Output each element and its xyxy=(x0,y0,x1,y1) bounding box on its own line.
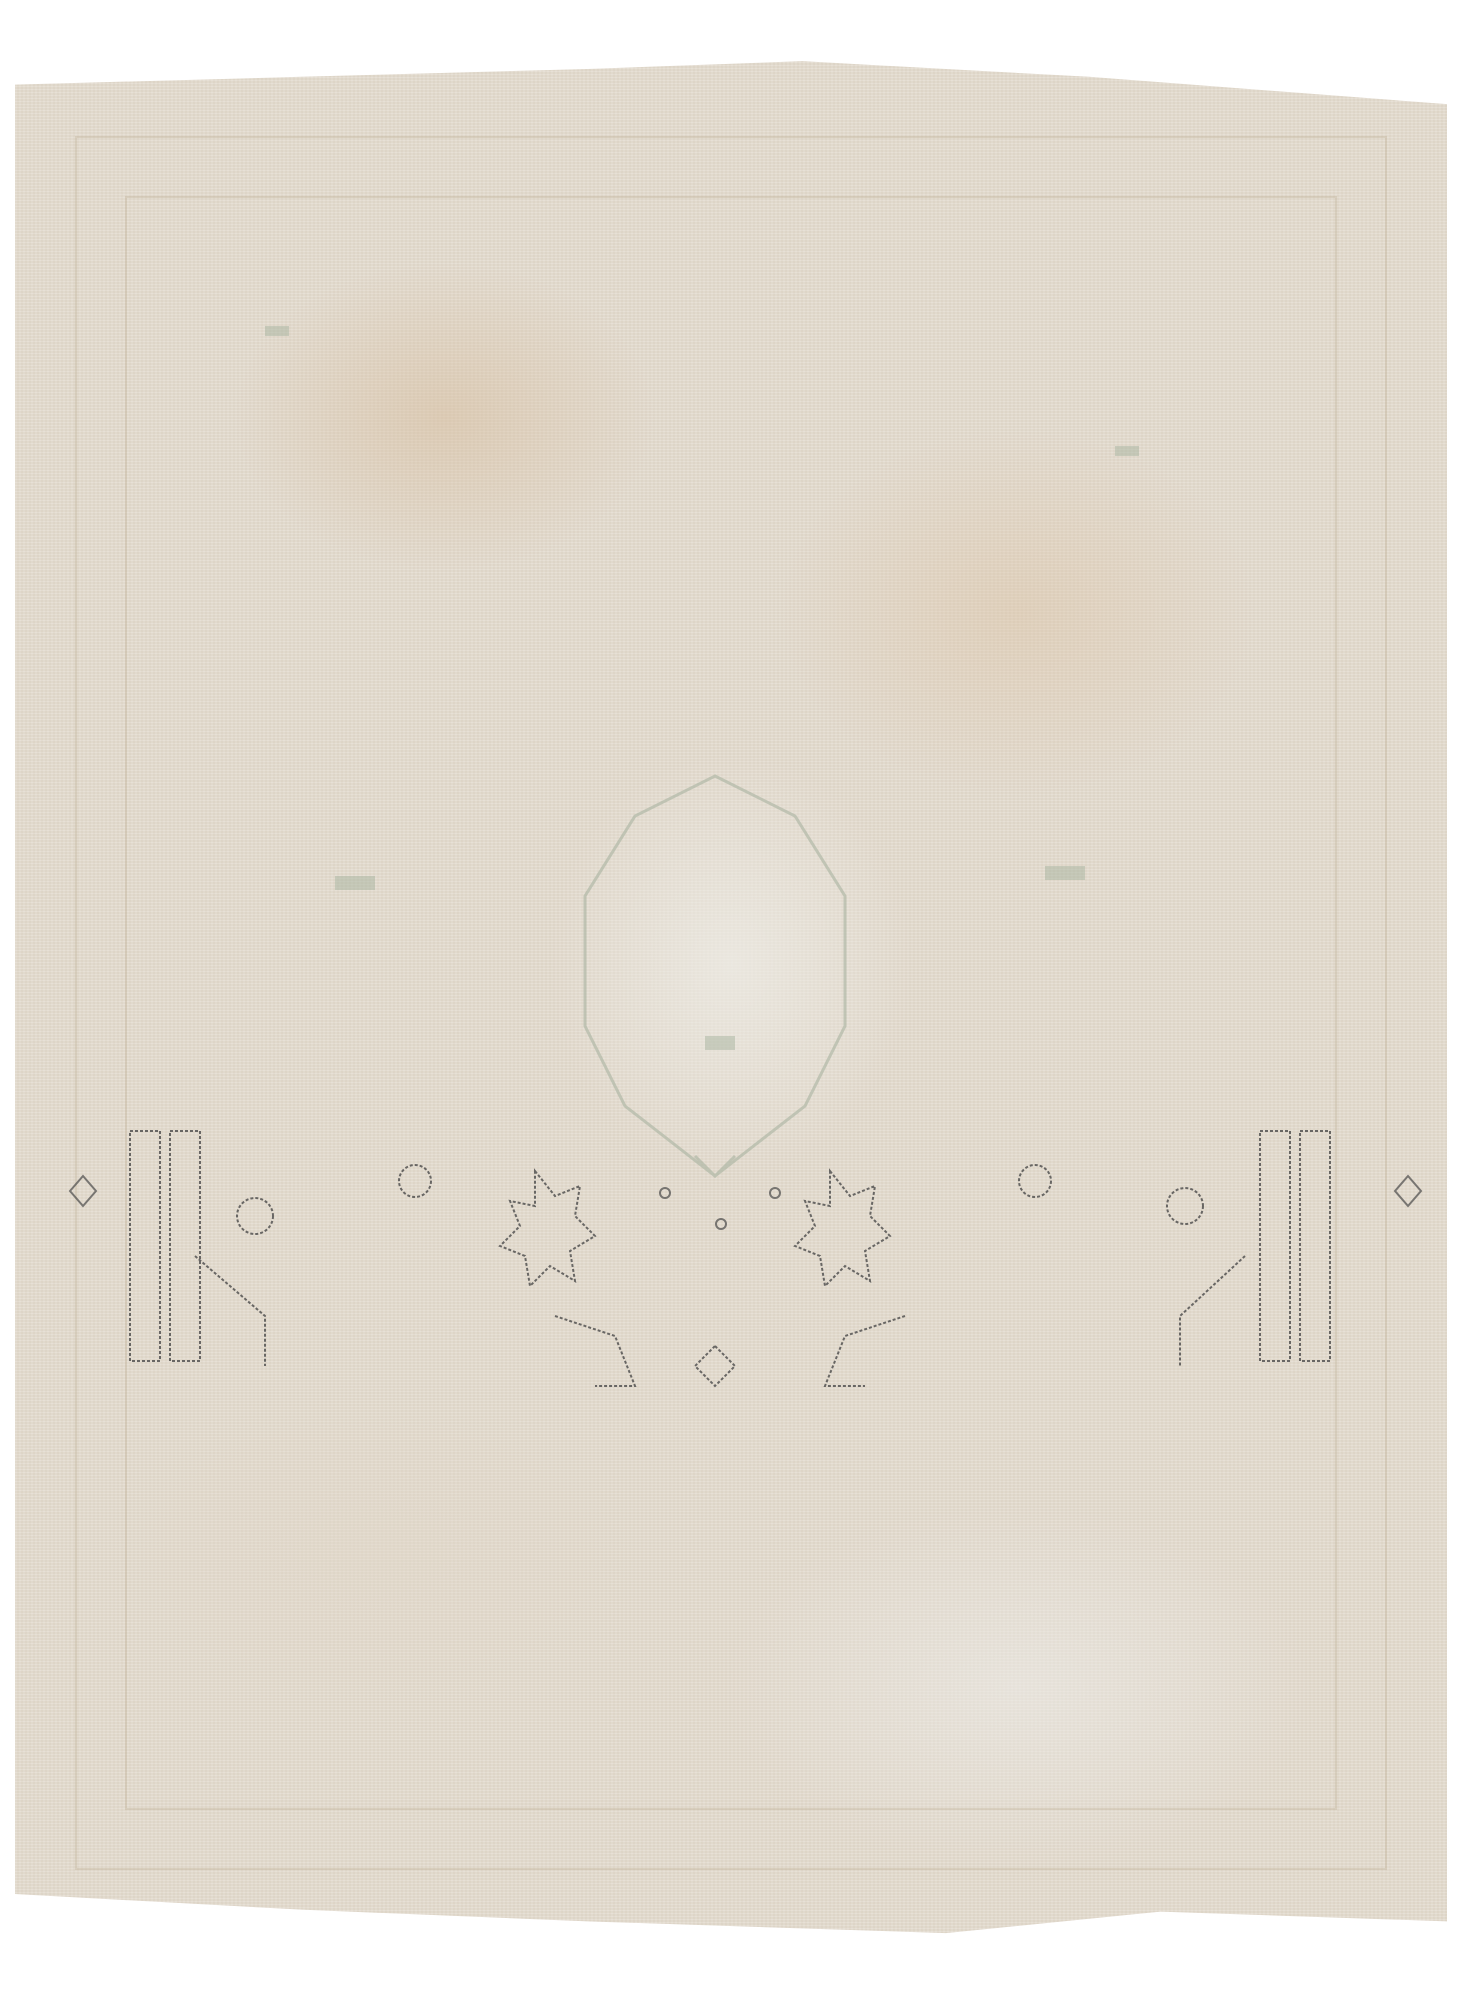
motif-band xyxy=(130,1131,1330,1386)
top-fringe xyxy=(15,26,1447,40)
rug-motifs xyxy=(15,26,1447,1980)
bottom-fringe xyxy=(15,1966,1447,1980)
medallion xyxy=(585,776,845,1176)
rug xyxy=(15,26,1447,1980)
